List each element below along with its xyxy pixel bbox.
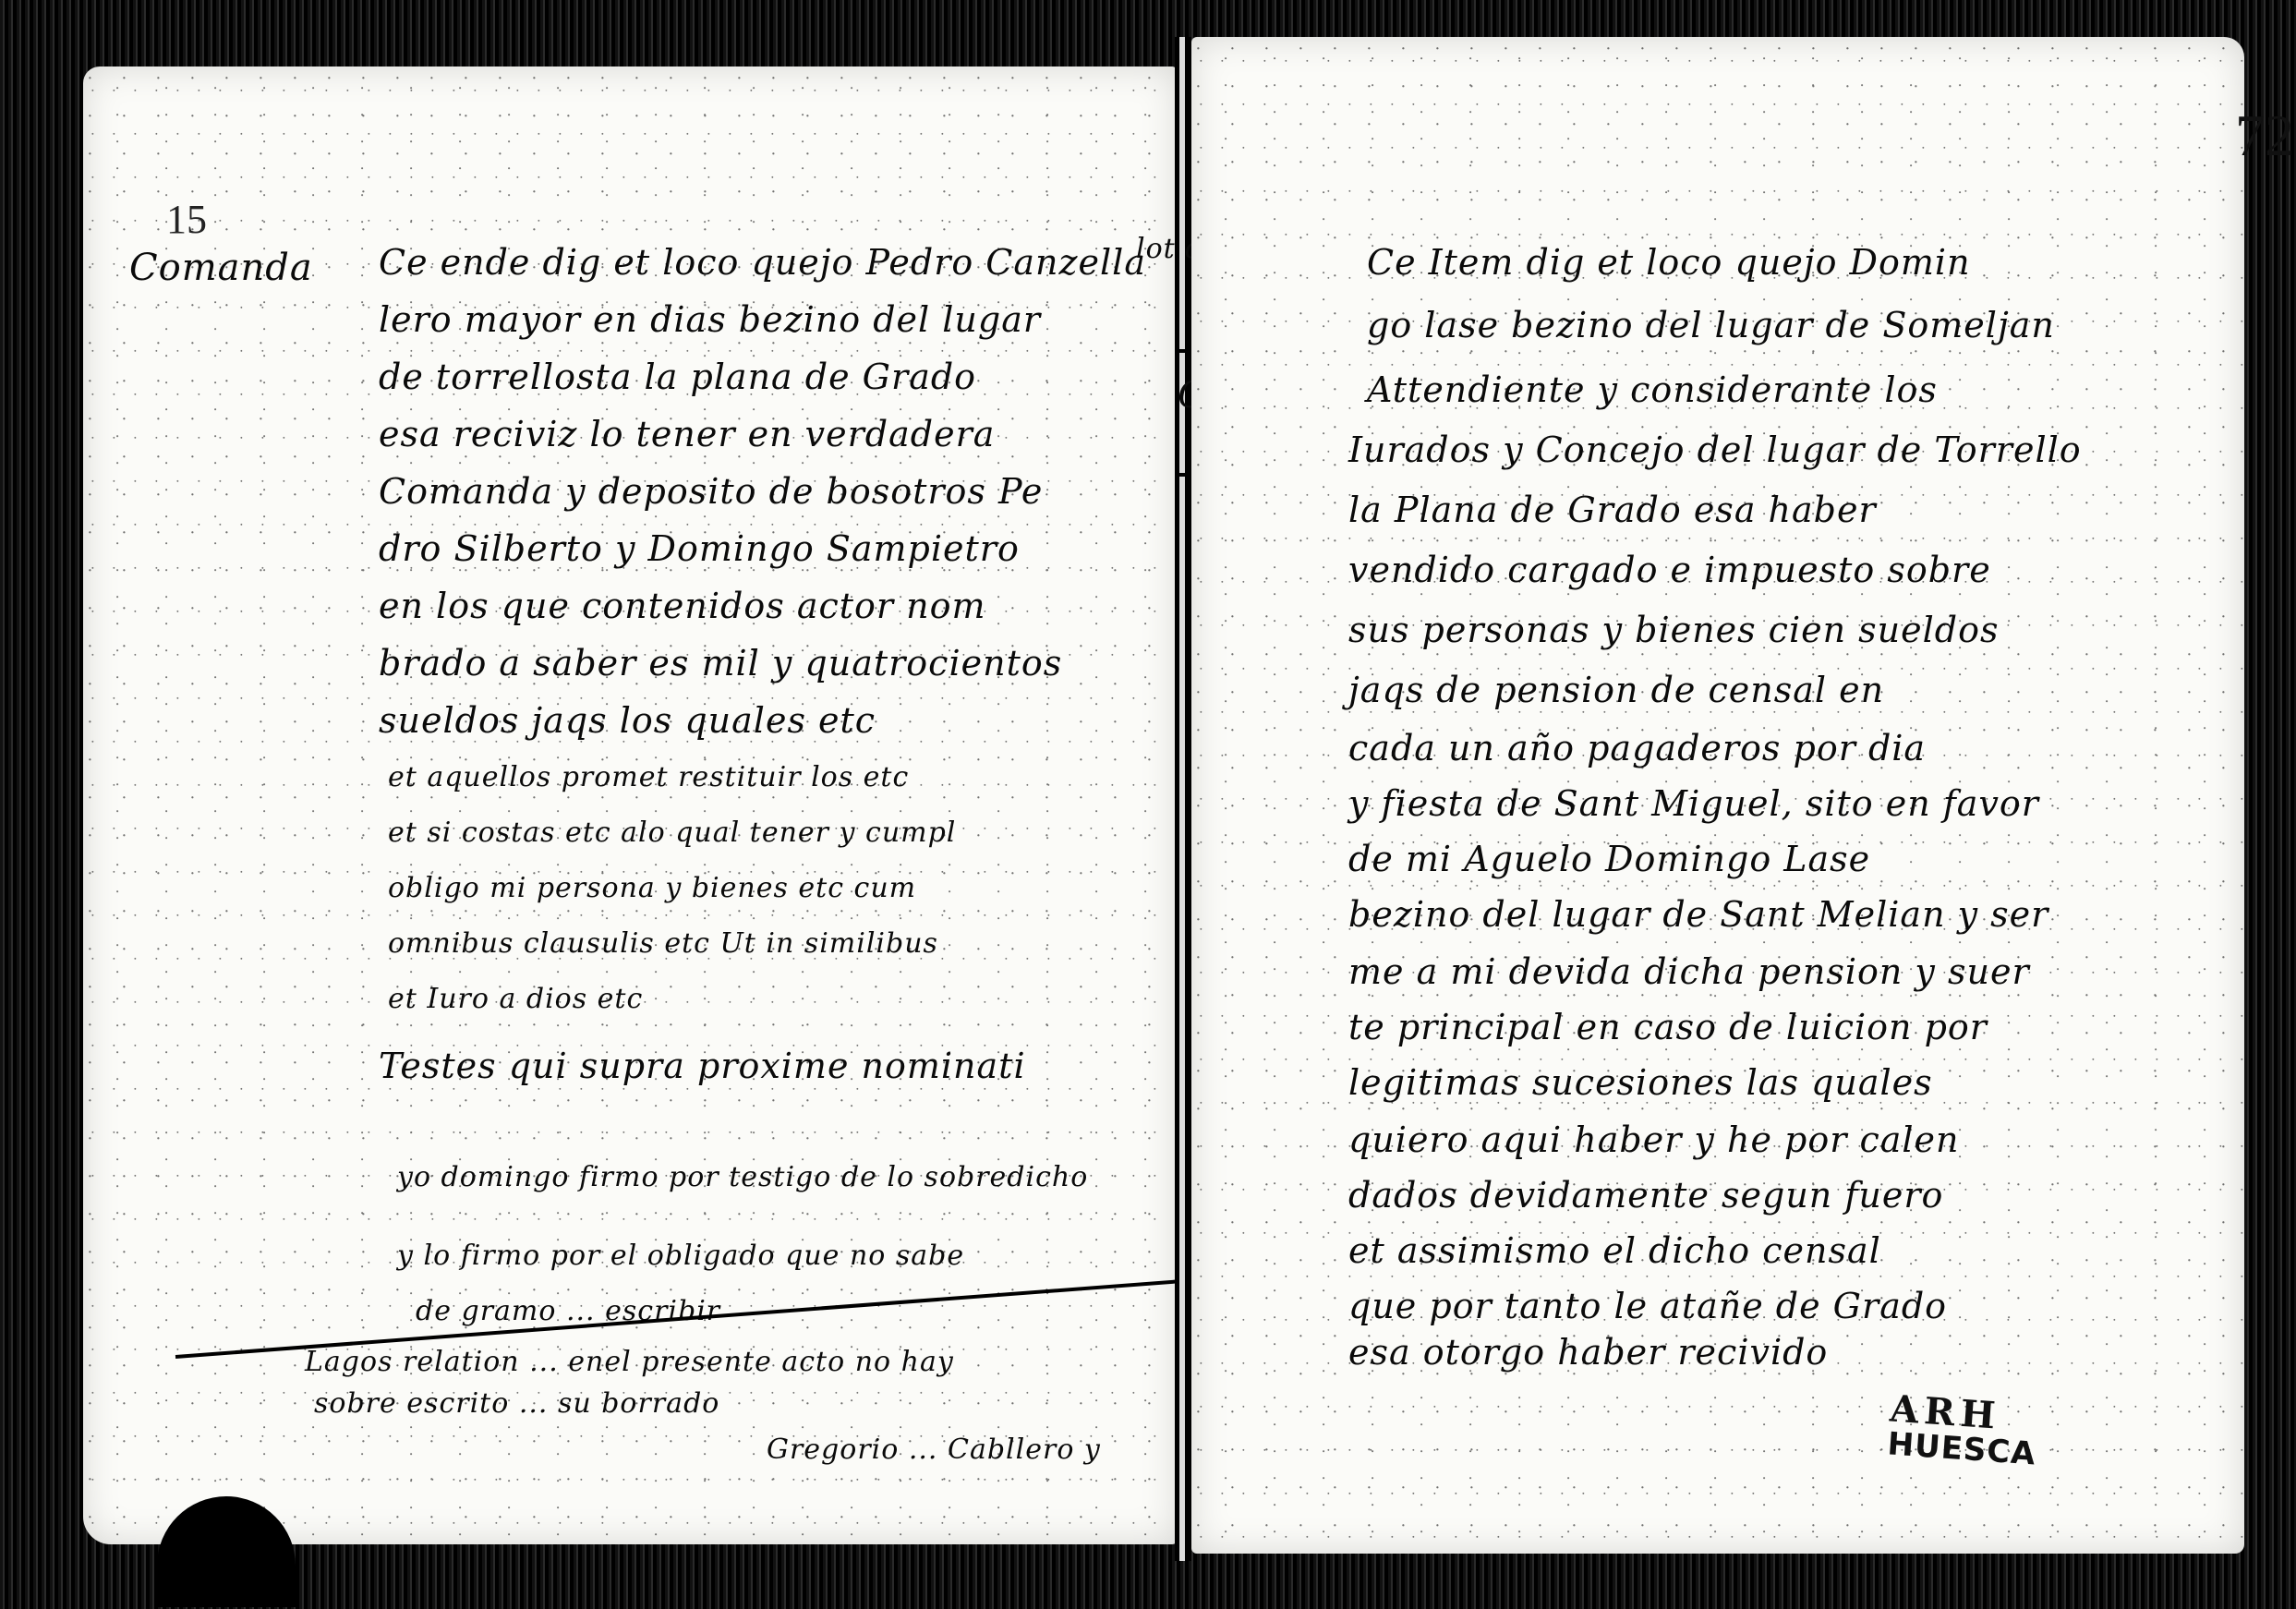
book-gutter [1175,37,1191,1561]
text-line: jaqs de pension de censal en [1348,670,1884,710]
text-line: vendido cargado e impuesto sobre [1348,550,1991,590]
notary-signature: Gregorio ... Cabllero y [767,1434,1101,1466]
text-line: de torrellosta la plana de Grado [379,357,976,397]
text-line: dados devidamente segun fuero [1348,1175,1943,1216]
text-line: quiero aqui haber y he por calen [1348,1119,1960,1160]
text-line: go lase bezino del lugar de Someljan [1367,305,2055,345]
signature-line: yo domingo firmo por testigo de lo sobre… [397,1161,1088,1193]
text-line: en los que contenidos actor nom [379,586,986,626]
margin-note-comanda: Comanda [129,247,313,289]
folio-number: 72 [2235,102,2294,170]
text-line: bezino del lugar de Sant Melian y ser [1348,894,2048,935]
text-line: de mi Aguelo Domingo Lase [1348,839,1870,879]
text-line: dro Silberto y Domingo Sampietro [379,528,1020,569]
text-line: brado a saber es mil y quatrocientos [379,643,1062,684]
corner-mark: 15 [166,196,207,243]
text-line: y fiesta de Sant Miguel, sito en favor [1348,783,2039,824]
archive-stamp: ARH HUESCA [1886,1389,2039,1471]
text-line: Iurados y Concejo del lugar de Torrello [1348,429,2082,470]
text-line: que por tanto le atañe de Grado [1348,1286,1947,1326]
left-folio: 15 Comanda Ce ende dig et loco quejo Ped… [83,67,1178,1544]
text-line: Comanda y deposito de bosotros Pe [379,471,1043,512]
text-line: et aquellos promet restituir los etc [388,761,909,793]
text-line: obligo mi persona y bienes etc cum [388,872,916,904]
text-line: me a mi devida dicha pension y suer [1348,951,2030,992]
text-line: et assimismo el dicho censal [1348,1230,1881,1271]
text-line: cada un año pagaderos por dia [1348,728,1926,768]
text-line: sueldos jaqs los quales etc [379,700,876,741]
text-line: legitimas sucesiones las quales [1348,1062,1933,1103]
text-line: te principal en caso de luicion por [1348,1007,1988,1047]
text-line: esa reciviz lo tener en verdadera [379,414,995,454]
annotation-line: sobre escrito ... su borrado [314,1387,719,1420]
annotation-line: Lagos relation ... enel presente acto no… [305,1346,954,1378]
right-folio: 72 Ce Item dig et loco quejo Domin go la… [1191,37,2244,1554]
signature-line: de gramo ... escribir [416,1295,720,1327]
text-line: la Plana de Grado esa haber [1348,490,1877,530]
text-line: Attendiente y considerante los [1367,369,1938,410]
text-line: esa otorgo haber recivido [1348,1332,1828,1373]
text-line: et si costas etc alo qual tener y cumpl [388,817,956,849]
text-line: lero mayor en dias bezino del lugar [379,299,1041,340]
text-line: omnibus clausulis etc Ut in similibus [388,927,938,960]
text-line: sus personas y bienes cien sueldos [1348,610,1999,650]
witnesses-line: Testes qui supra proxime nominati [379,1046,1026,1086]
text-line: et Iuro a dios etc [388,983,643,1015]
text-line: Ce ende dig et loco quejo Pedro Canzella [379,242,1146,283]
signature-line: y lo firmo por el obligado que no sabe [397,1240,964,1272]
text-line: Ce Item dig et loco quejo Domin [1367,242,1971,283]
